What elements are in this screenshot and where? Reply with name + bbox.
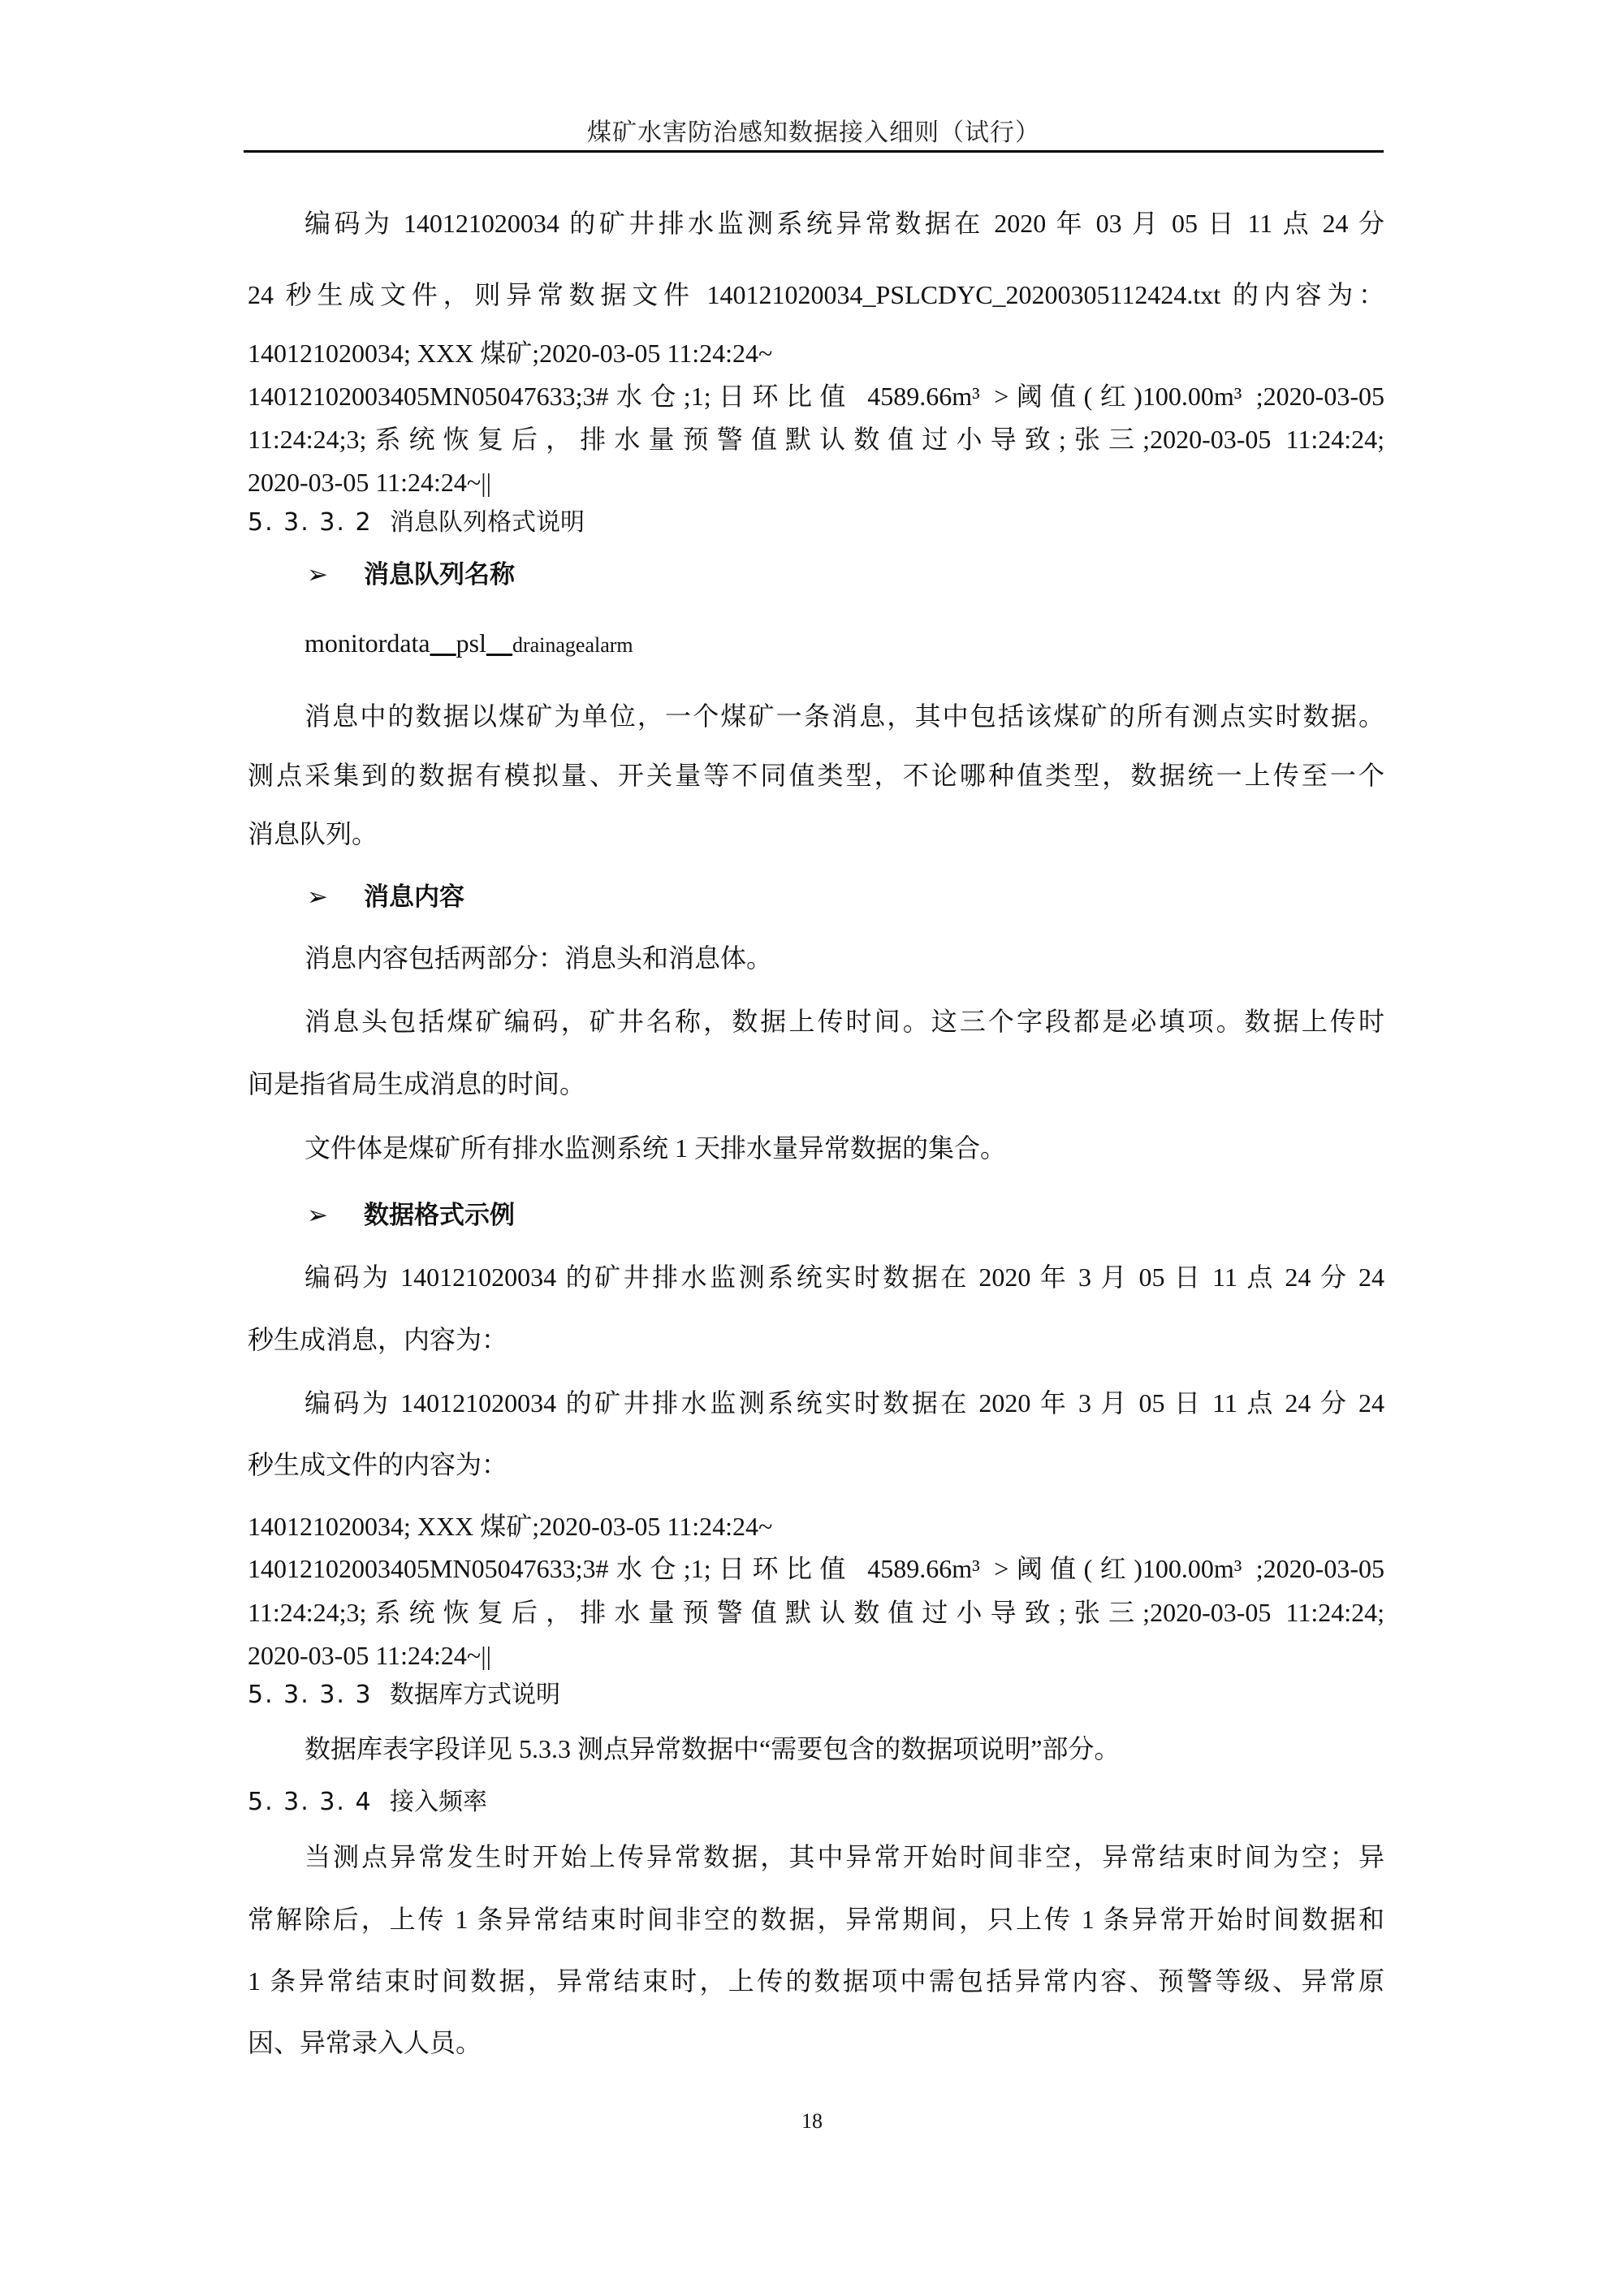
bullet-label: 消息队列名称 [364,560,515,589]
paragraph-line: 常解除后，上传 1 条异常结束时间非空的数据，异常期间，只上传 1 条异常开始时… [248,1903,1384,1936]
data-line: 140121020034; XXX 煤矿;2020-03-05 11:24:24… [248,337,1384,369]
paragraph-line: 秒生成文件的内容为： [248,1448,1384,1481]
data-line: 14012102003405MN05047633;3#水仓;1;日环比值 458… [248,1552,1384,1585]
paragraph-line: 因、异常录入人员。 [248,2026,1384,2059]
queue-name-separator: __ [486,628,512,658]
paragraph-line: 测点采集到的数据有模拟量、开关量等不同值类型，不论哪种值类型，数据统一上传至一个 [248,759,1384,792]
arrow-bullet-icon: ➢ [307,1199,364,1232]
bullet-heading: ➢消息内容 [307,881,464,913]
data-line: 140121020034; XXX 煤矿;2020-03-05 11:24:24… [248,1510,1384,1543]
data-line: 11:24:24;3;系统恢复后，排水量预警值默认数值过小导致;张三;2020-… [248,423,1384,455]
paragraph-line: 间是指省局生成消息的时间。 [248,1068,1384,1100]
queue-name-part: psl [456,628,486,658]
bullet-label: 消息内容 [364,883,464,912]
section-number: 5. 3. 3. 2 [248,507,390,539]
document-page: 煤矿水害防治感知数据接入细则（试行） 编码为 140121020034 的矿井排… [0,0,1624,2296]
paragraph-line: 消息队列。 [248,818,1384,850]
section-title: 数据库方式说明 [390,1681,560,1709]
section-heading-5334: 5. 3. 3. 4接入频率 [248,1786,1384,1819]
paragraph-line: 编码为 140121020034 的矿井排水监测系统实时数据在 2020 年 3… [304,1261,1384,1293]
paragraph-line: 24 秒生成文件，则异常数据文件 140121020034_PSLCDYC_20… [248,278,1384,311]
paragraph-line: 消息中的数据以煤矿为单位，一个煤矿一条消息，其中包括该煤矿的所有测点实时数据。 [304,700,1384,732]
data-line: 2020-03-05 11:24:24~|| [248,466,1384,498]
bullet-heading: ➢数据格式示例 [307,1199,515,1232]
paragraph-line: 消息头包括煤矿编码，矿井名称，数据上传时间。这三个字段都是必填项。数据上传时 [304,1005,1384,1038]
paragraph-line: 秒生成消息，内容为： [248,1323,1384,1356]
paragraph-line: 消息内容包括两部分：消息头和消息体。 [304,942,1384,974]
section-number: 5. 3. 3. 3 [248,1679,390,1711]
paragraph-line: 数据库表字段详见 5.3.3 测点异常数据中“需要包含的数据项说明”部分。 [304,1733,1384,1765]
bullet-label: 数据格式示例 [364,1201,515,1230]
paragraph-line: 编码为 140121020034 的矿井排水监测系统实时数据在 2020 年 3… [304,1387,1384,1419]
paragraph-line: 当测点异常发生时开始上传异常数据，其中异常开始时间非空，异常结束时间为空；异 [304,1841,1384,1873]
arrow-bullet-icon: ➢ [307,559,364,591]
queue-name-part: drainagealarm [512,633,633,657]
queue-name-separator: __ [430,628,456,658]
header-rule [244,150,1384,153]
section-title: 接入频率 [390,1788,487,1816]
paragraph-line: 1 条异常结束时间数据，异常结束时，上传的数据项中需包括异常内容、预警等级、异常… [248,1965,1384,1997]
section-heading-5332: 5. 3. 3. 2消息队列格式说明 [248,507,1384,539]
queue-name: monitordata__psl__drainagealarm [304,627,1384,662]
data-line: 2020-03-05 11:24:24~|| [248,1639,1384,1672]
running-header: 煤矿水害防治感知数据接入细则（试行） [244,112,1384,148]
data-line: 11:24:24;3;系统恢复后，排水量预警值默认数值过小导致;张三;2020-… [248,1596,1384,1629]
paragraph-line: 文件体是煤矿所有排水监测系统 1 天排水量异常数据的集合。 [304,1132,1384,1164]
section-number: 5. 3. 3. 4 [248,1786,390,1819]
data-line: 14012102003405MN05047633;3#水仓;1;日环比值 458… [248,380,1384,412]
bullet-heading: ➢消息队列名称 [307,559,515,591]
page-number: 18 [0,2109,1624,2134]
arrow-bullet-icon: ➢ [307,881,364,913]
section-heading-5333: 5. 3. 3. 3数据库方式说明 [248,1679,1384,1711]
queue-name-part: monitordata [304,628,430,658]
section-title: 消息队列格式说明 [390,508,585,537]
paragraph-line: 编码为 140121020034 的矿井排水监测系统异常数据在 2020 年 0… [304,207,1384,240]
